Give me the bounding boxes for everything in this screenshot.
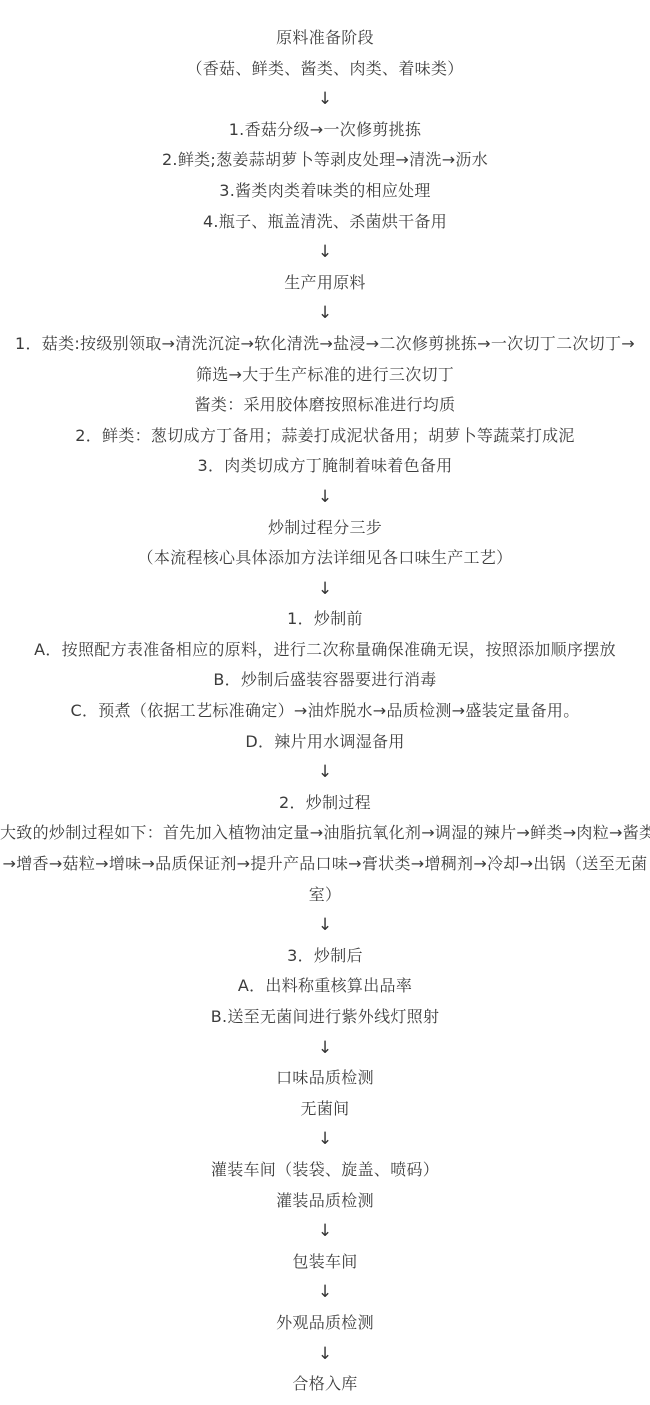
flow-step-text: 包装车间	[0, 1247, 650, 1278]
flow-step-text: 外观品质检测	[0, 1308, 650, 1339]
down-arrow-icon: ↓	[0, 482, 650, 513]
flow-step-text: 室）	[0, 880, 650, 911]
flow-step-text: →增香→菇粒→增味→品质保证剂→提升产品口味→膏状类→增稠剂→冷却→出锅（送至无…	[0, 849, 650, 880]
flow-step-text: C．预煮（依据工艺标准确定）→油炸脱水→品质检测→盛装定量备用。	[0, 696, 650, 727]
flow-step-text: 2．鲜类：葱切成方丁备用；蒜姜打成泥状备用；胡萝卜等蔬菜打成泥	[0, 421, 650, 452]
flow-step-text: 原料准备阶段	[0, 23, 650, 54]
flow-step-text: 口味品质检测	[0, 1063, 650, 1094]
flow-step-text: 大致的炒制过程如下：首先加入植物油定量→油脂抗氧化剂→调湿的辣片→鲜类→肉粒→酱…	[0, 818, 650, 849]
down-arrow-icon: ↓	[0, 1033, 650, 1064]
down-arrow-icon: ↓	[0, 237, 650, 268]
flow-step-text: 无菌间	[0, 1094, 650, 1125]
flow-step-text: 1．菇类:按级别领取→清洗沉淀→软化清洗→盐浸→二次修剪挑拣→一次切丁二次切丁→	[0, 329, 650, 360]
flow-step-text: 2．炒制过程	[0, 788, 650, 819]
down-arrow-icon: ↓	[0, 1339, 650, 1370]
flow-step-text: 酱类：采用胶体磨按照标准进行均质	[0, 390, 650, 421]
flow-step-text: D．辣片用水调湿备用	[0, 727, 650, 758]
flow-step-text: （香菇、鲜类、酱类、肉类、着味类）	[0, 54, 650, 85]
flow-step-text: 1.香菇分级→一次修剪挑拣	[0, 115, 650, 146]
flow-step-text: 灌装品质检测	[0, 1186, 650, 1217]
flow-step-text: 3.酱类肉类着味类的相应处理	[0, 176, 650, 207]
down-arrow-icon: ↓	[0, 1277, 650, 1308]
down-arrow-icon: ↓	[0, 910, 650, 941]
flow-step-text: 合格入库	[0, 1369, 650, 1400]
down-arrow-icon: ↓	[0, 574, 650, 605]
down-arrow-icon: ↓	[0, 757, 650, 788]
flow-step-text: 3．肉类切成方丁腌制着味着色备用	[0, 451, 650, 482]
flow-step-text: （本流程核心具体添加方法详细见各口味生产工艺）	[0, 543, 650, 574]
down-arrow-icon: ↓	[0, 298, 650, 329]
flow-step-text: 4.瓶子、瓶盖清洗、杀菌烘干备用	[0, 207, 650, 238]
down-arrow-icon: ↓	[0, 1124, 650, 1155]
production-flowchart: 原料准备阶段（香菇、鲜类、酱类、肉类、着味类）↓1.香菇分级→一次修剪挑拣2.鲜…	[0, 0, 650, 1400]
flow-step-text: 筛选→大于生产标准的进行三次切丁	[0, 360, 650, 391]
flow-step-text: 3．炒制后	[0, 941, 650, 972]
down-arrow-icon: ↓	[0, 84, 650, 115]
flow-step-text: A．出料称重核算出品率	[0, 971, 650, 1002]
flow-step-text: 炒制过程分三步	[0, 513, 650, 544]
flow-step-text: B.送至无菌间进行紫外线灯照射	[0, 1002, 650, 1033]
flow-step-text: 生产用原料	[0, 268, 650, 299]
flow-step-text: 灌装车间（装袋、旋盖、喷码）	[0, 1155, 650, 1186]
flow-step-text: 1．炒制前	[0, 604, 650, 635]
down-arrow-icon: ↓	[0, 1216, 650, 1247]
flow-step-text: 2.鲜类;葱姜蒜胡萝卜等剥皮处理→清洗→沥水	[0, 145, 650, 176]
flow-step-text: A．按照配方表准备相应的原料，进行二次称量确保准确无误，按照添加顺序摆放	[0, 635, 650, 666]
flow-step-text: B．炒制后盛装容器要进行消毒	[0, 665, 650, 696]
